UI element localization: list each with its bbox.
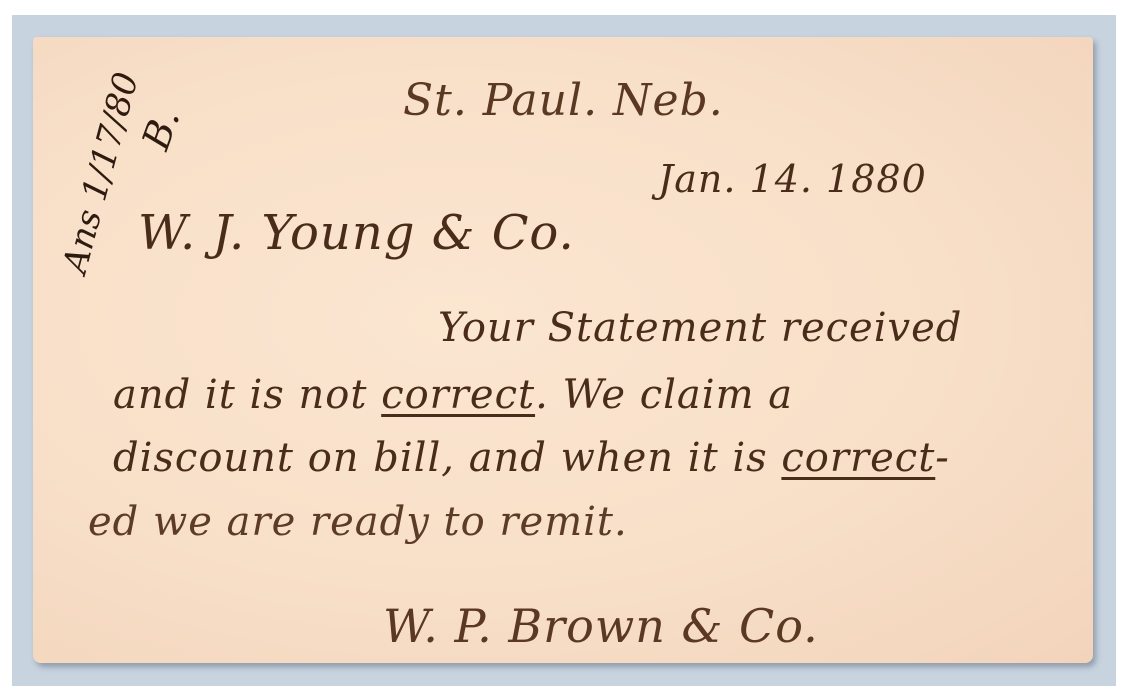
body-line-1: Your Statement received: [438, 305, 962, 351]
margin-initial: B.: [133, 103, 188, 156]
signature: W. P. Brown & Co.: [383, 599, 819, 653]
letter-date: Jan. 14. 1880: [658, 157, 927, 201]
body-line-4: ed we are ready to remit.: [88, 499, 628, 545]
postal-card: St. Paul. Neb. Jan. 14. 1880 W. J. Young…: [33, 37, 1093, 663]
margin-answer-note: Ans 1/17/80: [55, 68, 147, 277]
addressee-salutation: W. J. Young & Co.: [138, 205, 575, 261]
place-heading: St. Paul. Neb.: [403, 75, 724, 126]
body-line-3: discount on bill, and when it is correct…: [113, 435, 950, 481]
underlined-word: correct: [381, 372, 535, 418]
underlined-word: correct: [781, 435, 935, 481]
body-line-2: and it is not correct. We claim a: [113, 372, 793, 418]
